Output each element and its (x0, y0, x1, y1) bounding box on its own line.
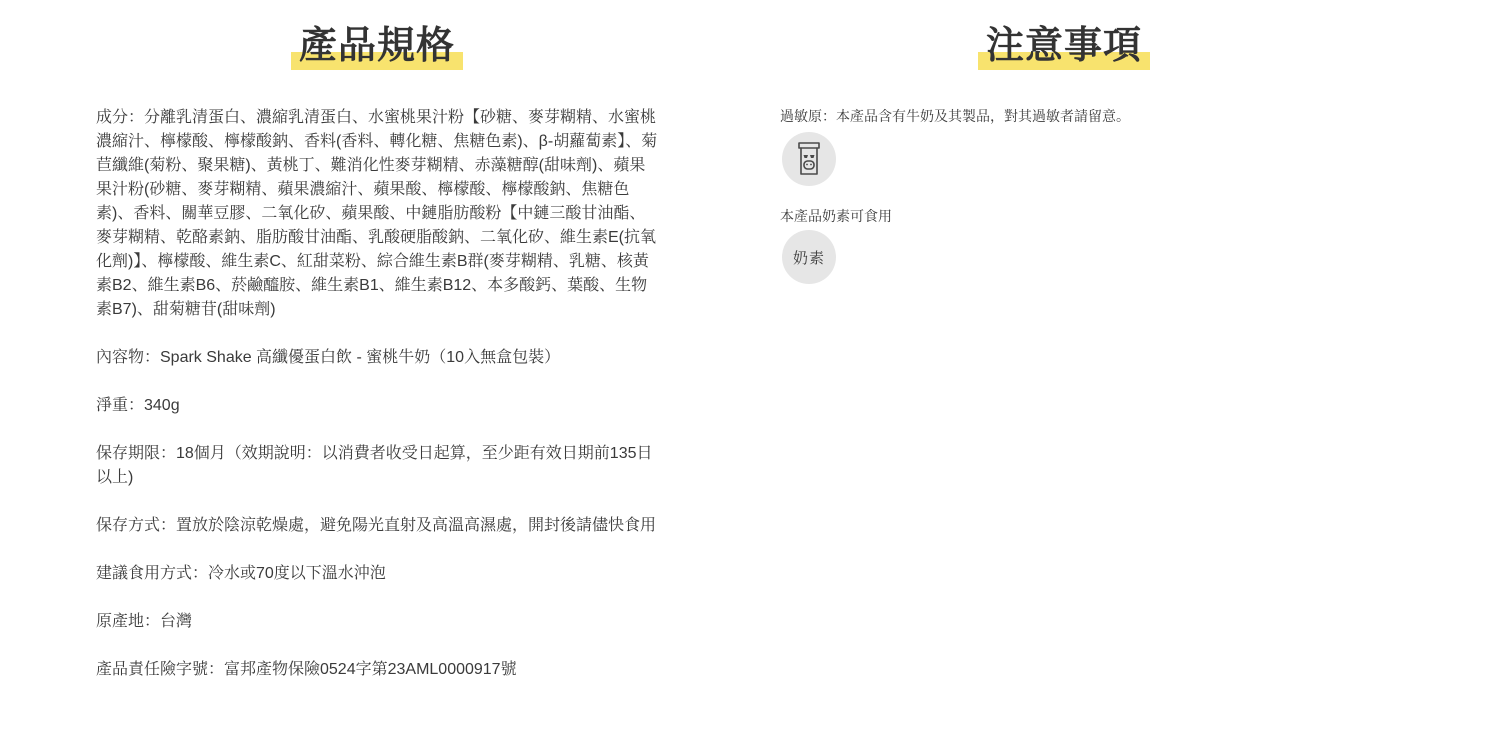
notice-title: 注意事項 (780, 25, 1348, 70)
product-spec-section: 產品規格 成分：分離乳清蛋白、濃縮乳清蛋白、水蜜桃果汁粉【砂糖、麥芽糊精、水蜜桃… (96, 0, 658, 706)
vegetarian-note-text: 本產品奶素可食用 (780, 206, 1348, 226)
ingredients-text: 成分：分離乳清蛋白、濃縮乳清蛋白、水蜜桃果汁粉【砂糖、麥芽糊精、水蜜桃濃縮汁、檸… (96, 106, 658, 322)
shelf-life-text: 保存期限：18個月（效期說明：以消費者收受日起算，至少距有效日期前135日以上) (96, 442, 658, 490)
serving-suggestion-text: 建議食用方式：冷水或70度以下溫水沖泡 (96, 562, 658, 586)
insurance-number-text: 產品責任險字號：富邦產物保險0524字第23AML0000917號 (96, 658, 658, 682)
origin-text: 原產地：台灣 (96, 610, 658, 634)
milk-carton-icon (782, 132, 836, 186)
allergen-text: 過敏原：本產品含有牛奶及其製品，對其過敏者請留意。 (780, 106, 1348, 126)
net-weight-text: 淨重：340g (96, 394, 658, 418)
notice-section: 注意事項 過敏原：本產品含有牛奶及其製品，對其過敏者請留意。 本產品奶素可食用 … (780, 0, 1348, 284)
product-spec-title: 產品規格 (96, 25, 658, 70)
notice-title-text: 注意事項 (978, 27, 1150, 70)
contents-text: 內容物：Spark Shake 高纖優蛋白飲 - 蜜桃牛奶（10入無盒包裝） (96, 346, 658, 370)
lacto-vegetarian-badge: 奶素 (782, 230, 836, 284)
lacto-vegetarian-badge-label: 奶素 (793, 247, 825, 268)
storage-text: 保存方式：置放於陰涼乾燥處，避免陽光直射及高溫高濕處，開封後請儘快食用 (96, 514, 658, 538)
product-spec-title-text: 產品規格 (291, 27, 463, 70)
product-detail-page: 產品規格 成分：分離乳清蛋白、濃縮乳清蛋白、水蜜桃果汁粉【砂糖、麥芽糊精、水蜜桃… (0, 0, 1496, 706)
